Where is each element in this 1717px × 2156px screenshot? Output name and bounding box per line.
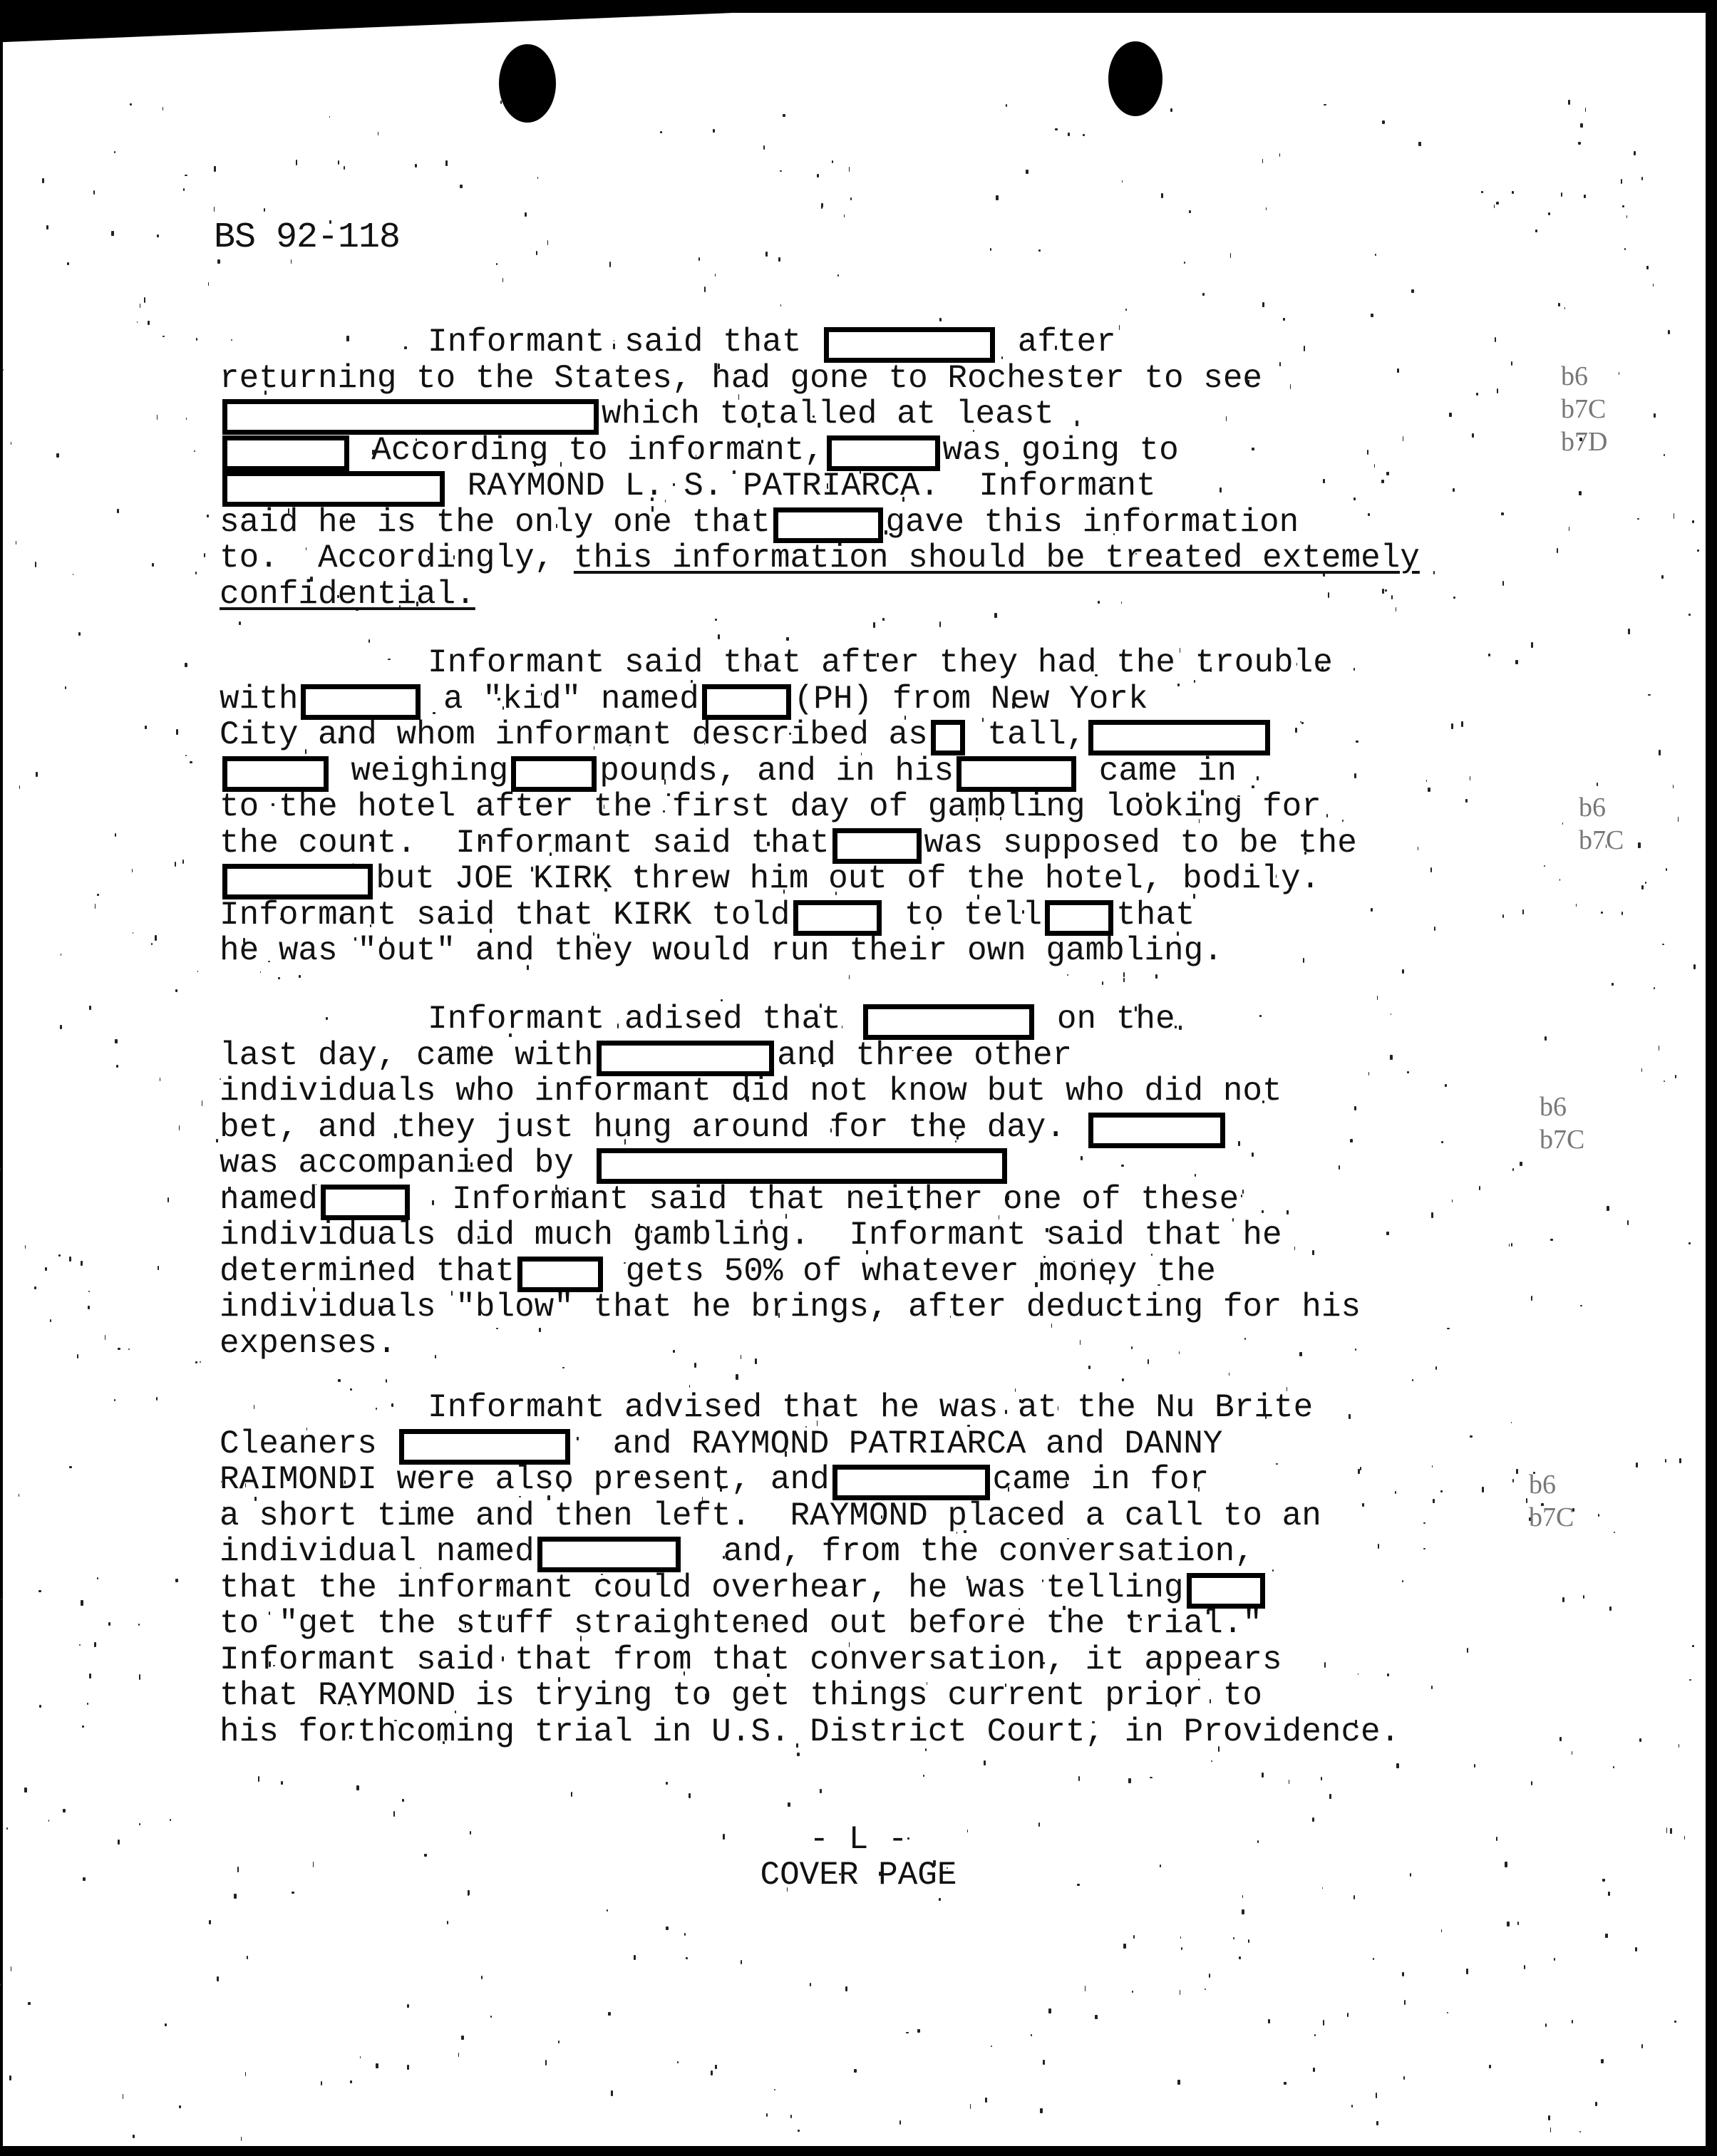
text-line: said he is the only one thatgave this in… bbox=[220, 505, 1299, 540]
text-line: with a "kid" named(PH) from New York bbox=[220, 681, 1148, 717]
punch-hole-right bbox=[1108, 41, 1162, 116]
foia-exemption-codes: b6b7C bbox=[1529, 1468, 1574, 1534]
text-line: returning to the States, had gone to Roc… bbox=[220, 361, 1262, 396]
text-segment: he was "out" and they would run their ow… bbox=[220, 933, 1223, 969]
text-segment: which totalled at least bbox=[602, 396, 1054, 432]
text-segment: but JOE KIRK threw him out of the hotel,… bbox=[376, 861, 1320, 897]
redaction-box bbox=[832, 1465, 990, 1500]
text-segment: determined that bbox=[220, 1254, 515, 1289]
redaction-box bbox=[1045, 900, 1113, 936]
redaction-box bbox=[824, 327, 995, 363]
foia-exemption-codes: b6b7C bbox=[1579, 791, 1624, 857]
text-segment: bet, and they just hung around for the d… bbox=[220, 1110, 1086, 1145]
redaction-box bbox=[399, 1429, 570, 1465]
text-line: RAIMONDI were also present, andcame in f… bbox=[220, 1462, 1209, 1497]
text-segment: City and whom informant described as bbox=[220, 717, 928, 753]
text-line: was accompanied by bbox=[220, 1145, 1010, 1181]
text-line: Informant said that after they had the t… bbox=[428, 645, 1333, 681]
text-segment: the count. Informant said that bbox=[220, 825, 830, 861]
text-segment: RAYMOND L. S. PATRIARCA. Informant bbox=[448, 468, 1156, 504]
text-segment: a short time and then left. RAYMOND plac… bbox=[220, 1498, 1321, 1534]
text-segment: weighing bbox=[331, 753, 508, 789]
redaction-box bbox=[1187, 1573, 1265, 1609]
redaction-box bbox=[827, 435, 939, 471]
text-segment: Informant advised that he was at the Nu … bbox=[428, 1390, 1313, 1425]
text-segment: individual named bbox=[220, 1534, 535, 1569]
text-segment: individuals did much gambling. Informant… bbox=[220, 1217, 1282, 1253]
text-line: expenses. bbox=[220, 1326, 396, 1361]
text-segment: his forthcoming trial in U.S. District C… bbox=[220, 1714, 1400, 1750]
text-line: Informant said that from that conversati… bbox=[220, 1642, 1282, 1678]
text-line: but JOE KIRK threw him out of the hotel,… bbox=[220, 861, 1320, 897]
text-segment: Informant said that after they had the t… bbox=[428, 645, 1333, 681]
text-segment: to the hotel after the first day of gamb… bbox=[220, 789, 1321, 825]
text-segment: and RAYMOND PATRIARCA and DANNY bbox=[573, 1426, 1222, 1462]
text-segment: Informant said that from that conversati… bbox=[220, 1642, 1282, 1678]
text-line: According to informant,was going to bbox=[220, 433, 1179, 468]
text-segment: that RAYMOND is trying to get things cur… bbox=[220, 1678, 1262, 1713]
text-segment: after bbox=[998, 324, 1116, 360]
text-segment: pounds, and in his bbox=[599, 753, 954, 789]
scanned-document-page: BS 92-118 Informant said that afterretur… bbox=[0, 0, 1717, 2156]
text-segment: to "get the stuff straightened out befor… bbox=[220, 1606, 1262, 1641]
redaction-box bbox=[222, 435, 349, 471]
text-line: City and whom informant described as tal… bbox=[220, 717, 1273, 753]
text-line: that RAYMOND is trying to get things cur… bbox=[220, 1678, 1262, 1713]
text-segment: came in bbox=[1079, 753, 1237, 789]
redaction-box bbox=[222, 399, 599, 435]
text-line: bet, and they just hung around for the d… bbox=[220, 1110, 1228, 1145]
redaction-box bbox=[511, 756, 597, 792]
text-segment: said he is the only one that bbox=[220, 505, 770, 540]
footer-label: COVER PAGE bbox=[0, 1857, 1717, 1894]
text-segment: last day, came with bbox=[220, 1038, 594, 1073]
text-line: a short time and then left. RAYMOND plac… bbox=[220, 1498, 1321, 1534]
text-segment: individuals "blow" that he brings, after… bbox=[220, 1289, 1361, 1325]
text-line: individuals who informant did not know b… bbox=[220, 1073, 1282, 1109]
text-segment: to tell bbox=[885, 897, 1042, 933]
redaction-box bbox=[863, 1004, 1034, 1040]
text-segment: and, from the conversation, bbox=[684, 1534, 1254, 1569]
text-line: Informant said that KIRK told to telltha… bbox=[220, 897, 1195, 933]
text-segment: named bbox=[220, 1182, 318, 1217]
text-segment: that bbox=[1116, 897, 1195, 933]
text-segment: confidential. bbox=[220, 577, 475, 612]
text-line: which totalled at least bbox=[220, 396, 1054, 432]
redaction-box bbox=[222, 756, 329, 792]
redaction-box bbox=[773, 507, 883, 543]
foia-exemption-codes: b6b7C bbox=[1540, 1090, 1584, 1156]
text-line: his forthcoming trial in U.S. District C… bbox=[220, 1714, 1400, 1750]
text-line: to the hotel after the first day of gamb… bbox=[220, 789, 1321, 825]
text-segment: Informant adised that bbox=[428, 1001, 860, 1037]
text-segment: gave this information bbox=[886, 505, 1299, 540]
text-segment: and three other bbox=[777, 1038, 1072, 1073]
text-segment: a "kid" named bbox=[423, 681, 698, 717]
text-segment: individuals who informant did not know b… bbox=[220, 1073, 1282, 1109]
redaction-box bbox=[321, 1185, 410, 1220]
text-segment: Informant said that bbox=[428, 324, 821, 360]
text-line: the count. Informant said thatwas suppos… bbox=[220, 825, 1357, 861]
redaction-box bbox=[222, 864, 373, 899]
redaction-box bbox=[702, 684, 791, 720]
redaction-box bbox=[832, 828, 922, 864]
text-line: to. Accordingly, this information should… bbox=[220, 540, 1420, 576]
text-segment: expenses. bbox=[220, 1326, 396, 1361]
text-segment: this information should be treated extem… bbox=[574, 540, 1420, 576]
text-line: Informant adised that on the bbox=[428, 1001, 1175, 1037]
text-line: named Informant said that neither one of… bbox=[220, 1182, 1239, 1217]
file-number: BS 92-118 bbox=[214, 217, 400, 258]
punch-hole-left bbox=[499, 44, 556, 123]
text-line: confidential. bbox=[220, 577, 475, 612]
text-segment: was going to bbox=[943, 433, 1179, 468]
text-line: individuals "blow" that he brings, after… bbox=[220, 1289, 1361, 1325]
redaction-box bbox=[301, 684, 421, 720]
redaction-box bbox=[597, 1148, 1007, 1184]
page-number: - L - bbox=[0, 1821, 1717, 1858]
text-segment: RAIMONDI were also present, and bbox=[220, 1462, 830, 1497]
text-line: RAYMOND L. S. PATRIARCA. Informant bbox=[220, 468, 1156, 504]
redaction-box bbox=[1088, 720, 1269, 755]
text-segment: returning to the States, had gone to Roc… bbox=[220, 361, 1262, 396]
text-segment: was supposed to be the bbox=[924, 825, 1357, 861]
text-line: determined that gets 50% of whatever mon… bbox=[220, 1254, 1216, 1289]
text-segment: Informant said that KIRK told bbox=[220, 897, 790, 933]
redaction-box bbox=[1088, 1113, 1225, 1148]
text-segment: (PH) from New York bbox=[794, 681, 1148, 717]
text-segment: gets 50% of whatever money the bbox=[606, 1254, 1216, 1289]
text-line: individuals did much gambling. Informant… bbox=[220, 1217, 1282, 1253]
foia-exemption-codes: b6b7Cb7D bbox=[1561, 360, 1607, 458]
scan-bottom-border bbox=[0, 2146, 1717, 2156]
text-segment: to. Accordingly, bbox=[220, 540, 574, 576]
text-line: Informant said that after bbox=[428, 324, 1116, 360]
text-line: individual named and, from the conversat… bbox=[220, 1534, 1254, 1569]
text-line: Informant advised that he was at the Nu … bbox=[428, 1390, 1313, 1425]
text-segment: came in for bbox=[993, 1462, 1210, 1497]
text-line: weighingpounds, and in his came in bbox=[220, 753, 1237, 789]
redaction-box bbox=[597, 1041, 775, 1076]
text-segment: was accompanied by bbox=[220, 1145, 594, 1181]
text-segment: Informant said that neither one of these bbox=[413, 1182, 1239, 1217]
text-line: to "get the stuff straightened out befor… bbox=[220, 1606, 1262, 1641]
text-segment: Cleaners bbox=[220, 1426, 396, 1462]
redaction-box bbox=[537, 1537, 681, 1572]
redaction-box bbox=[222, 471, 445, 507]
redaction-box bbox=[517, 1257, 603, 1292]
text-segment: with bbox=[220, 681, 298, 717]
text-line: last day, came withand three other bbox=[220, 1038, 1072, 1073]
text-line: he was "out" and they would run their ow… bbox=[220, 933, 1223, 969]
text-segment: that the informant could overhear, he wa… bbox=[220, 1570, 1184, 1606]
text-line: Cleaners and RAYMOND PATRIARCA and DANNY bbox=[220, 1426, 1222, 1462]
text-segment: According to informant, bbox=[352, 433, 825, 468]
redaction-box bbox=[793, 900, 882, 936]
text-segment: tall, bbox=[968, 717, 1086, 753]
redaction-box bbox=[931, 720, 965, 755]
redaction-box bbox=[957, 756, 1076, 792]
text-line: that the informant could overhear, he wa… bbox=[220, 1570, 1268, 1606]
text-segment: on the bbox=[1037, 1001, 1175, 1037]
